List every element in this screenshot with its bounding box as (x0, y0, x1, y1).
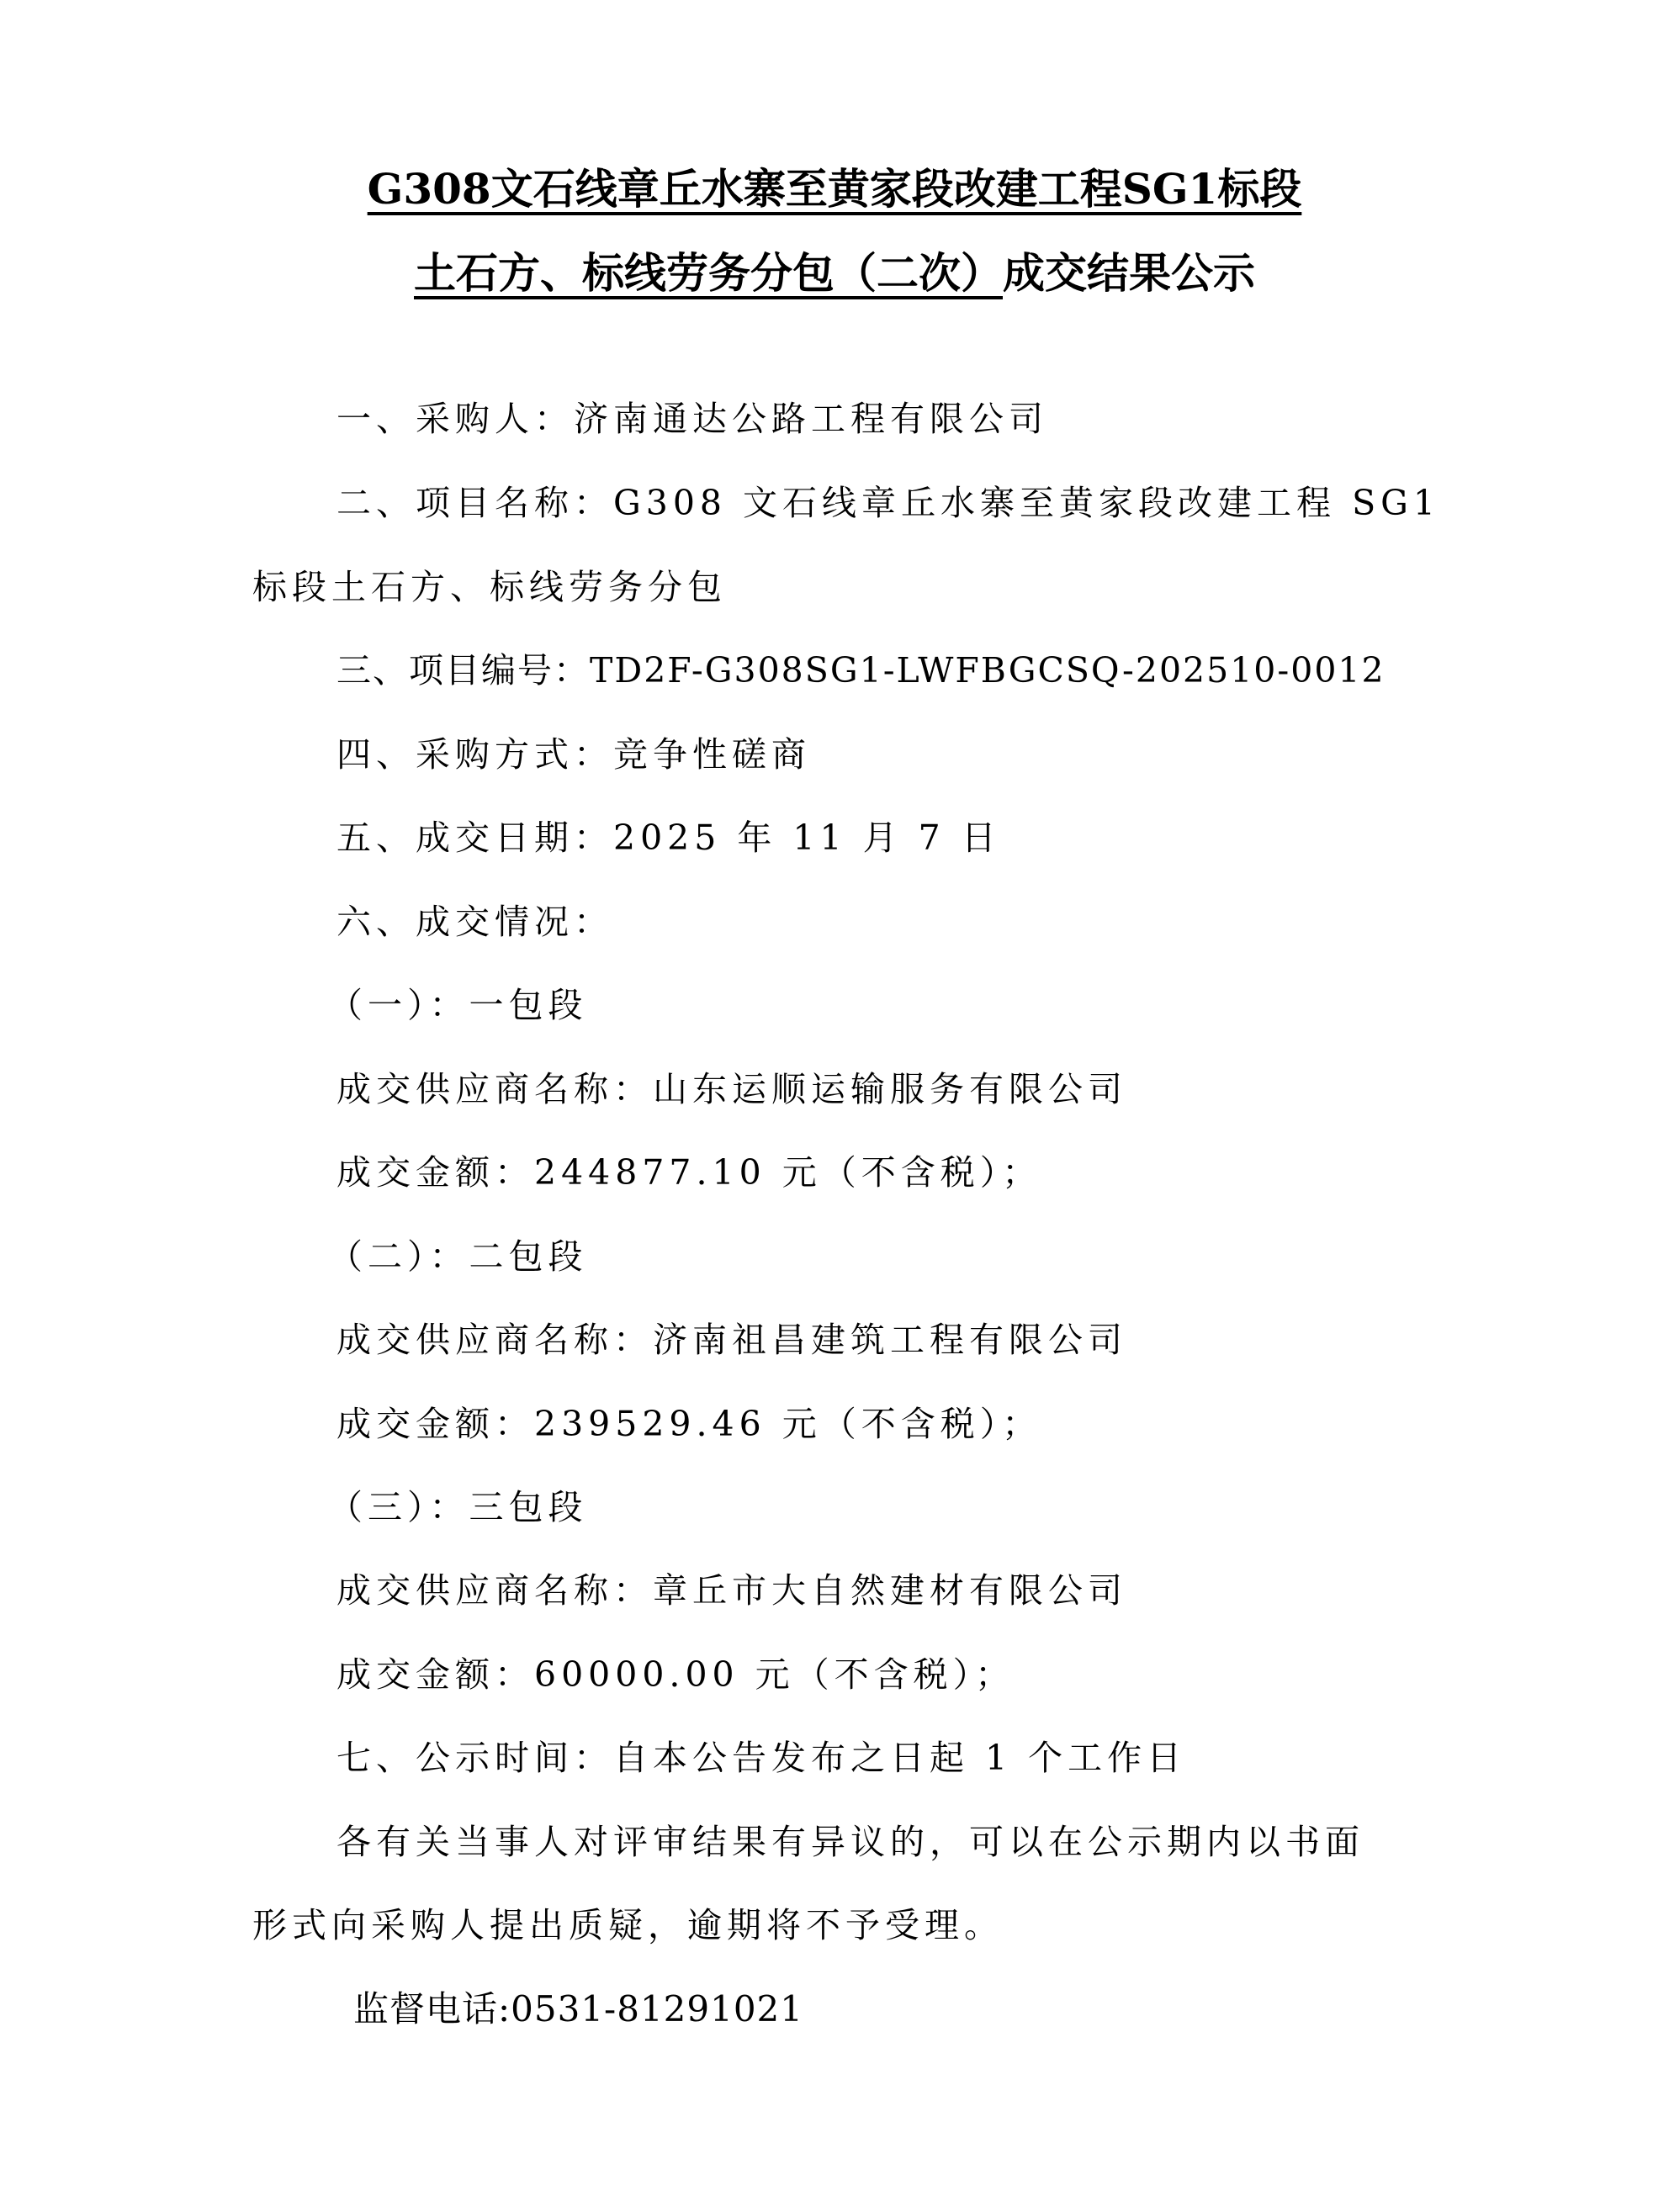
lot-3-amount: 成交金额：60000.00 元（不含税）； (336, 1649, 1015, 1700)
lot-1-amount: 成交金额：244877.10 元（不含税）； (336, 1147, 1041, 1198)
transaction-date-line: 五、成交日期：2025 年 11 月 7 日 (336, 812, 1001, 863)
purchaser-line: 一、采购人：济南通达公路工程有限公司 (336, 394, 1048, 444)
lot-1-heading: （一）：一包段 (328, 980, 588, 1030)
project-name-line-1: 二、项目名称：G308 文石线章丘水寨至黄家段改建工程 SG1 (336, 478, 1440, 528)
title-line-1-text: G308文石线章丘水寨至黄家段改建工程SG1标段 (368, 164, 1302, 214)
transaction-status-heading: 六、成交情况： (336, 897, 613, 947)
lot-2-supplier: 成交供应商名称：济南祖昌建筑工程有限公司 (336, 1315, 1127, 1365)
title-line-2-underlined: 土石方、标线劳务分包（二次） (414, 248, 1003, 298)
supervision-phone: 监督电话:0531-81291021 (353, 1984, 803, 2035)
title-line-1: G308文石线章丘水寨至黄家段改建工程SG1标段 (0, 164, 1669, 214)
lot-2-amount: 成交金额：239529.46 元（不含税）； (336, 1399, 1041, 1449)
project-name-line-2: 标段土石方、标线劳务分包 (252, 562, 727, 612)
title-line-2: 土石方、标线劳务分包（二次）成交结果公示 (0, 248, 1669, 299)
document-page: G308文石线章丘水寨至黄家段改建工程SG1标段 土石方、标线劳务分包（二次）成… (0, 0, 1669, 2212)
lot-1-supplier: 成交供应商名称：山东运顺运输服务有限公司 (336, 1064, 1127, 1114)
project-number-line: 三、项目编号：TD2F-G308SG1-LWFBGCSQ-202510-0012 (336, 645, 1386, 696)
lot-3-heading: （三）：三包段 (328, 1482, 588, 1532)
procurement-method-line: 四、采购方式：竞争性磋商 (336, 729, 811, 780)
objection-line-2: 形式向采购人提出质疑，逾期将不予受理。 (252, 1900, 1004, 1950)
publicity-period-line: 七、公示时间：自本公告发布之日起 1 个工作日 (336, 1733, 1186, 1783)
lot-3-supplier: 成交供应商名称：章丘市大自然建材有限公司 (336, 1565, 1127, 1616)
title-line-2-rest: 成交结果公示 (1003, 248, 1255, 298)
objection-line-1: 各有关当事人对评审结果有异议的，可以在公示期内以书面 (336, 1817, 1364, 1867)
lot-2-heading: （二）：二包段 (328, 1231, 588, 1282)
